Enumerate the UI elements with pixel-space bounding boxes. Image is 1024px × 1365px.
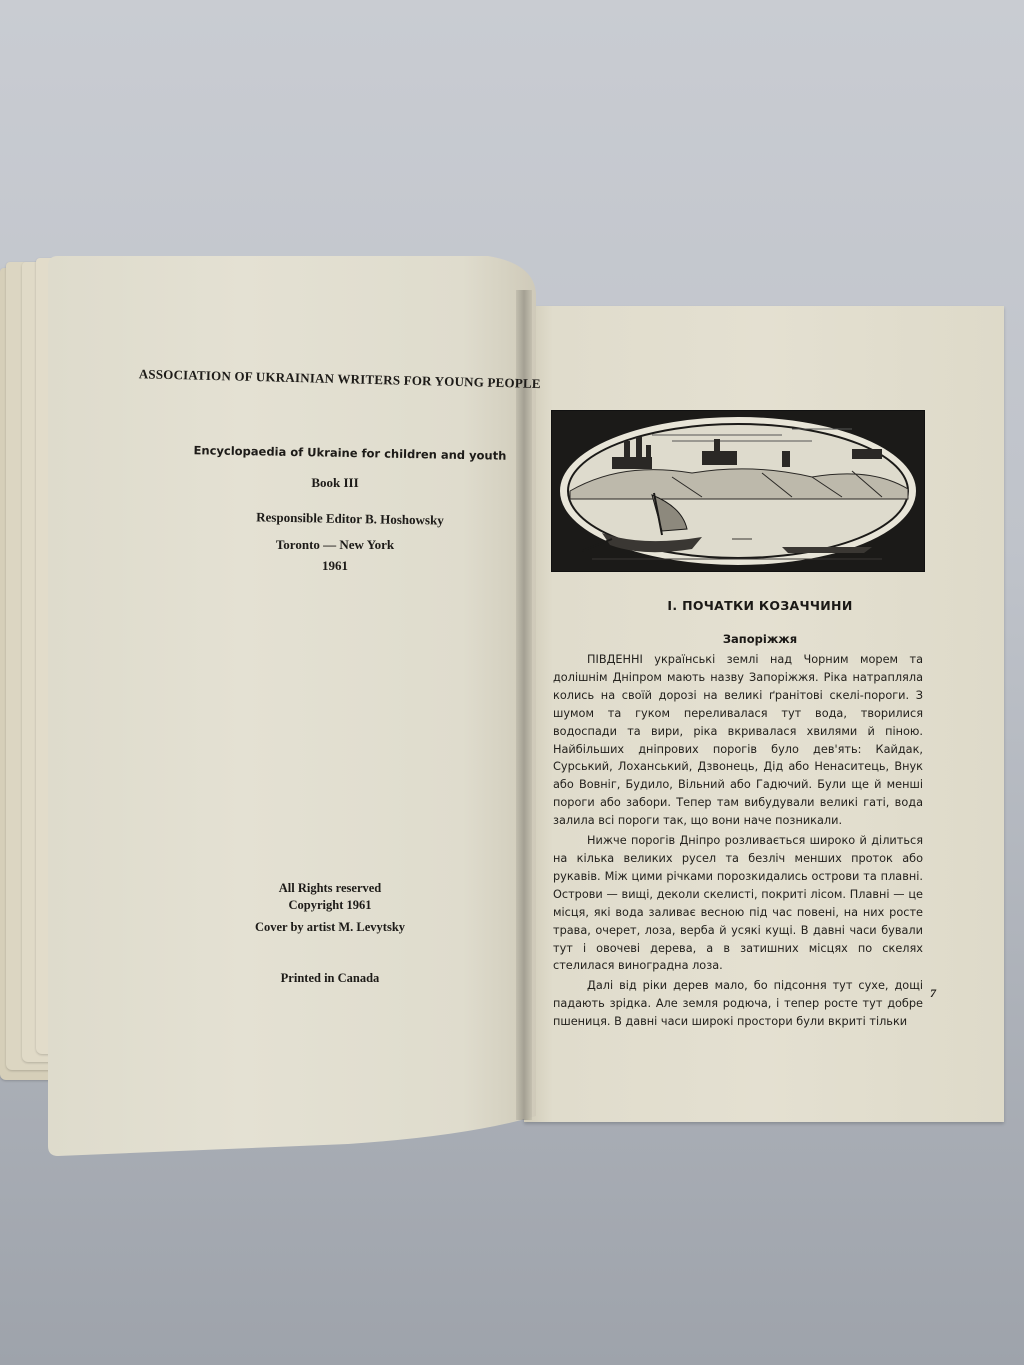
page-number: 7 [930, 986, 936, 1001]
chapter-title: I. ПОЧАТКИ КОЗАЧЧИНИ [540, 598, 980, 613]
book-gutter [516, 290, 532, 1120]
rights-reserved: All Rights reserved [230, 880, 430, 897]
rights-block: All Rights reserved Copyright 1961 [230, 880, 430, 914]
paragraph: Далі від ріки дерев мало, бо підсоння ту… [553, 977, 923, 1031]
publication-place: Toronto — New York [230, 537, 440, 553]
river-landscape-icon [552, 411, 924, 571]
paragraph: ПІВДЕННІ українські землі над Чорним мор… [553, 651, 923, 830]
cover-credit: Cover by artist M. Levytsky [230, 920, 430, 935]
publication-year: 1961 [230, 558, 440, 574]
section-title: Запоріжжя [540, 632, 980, 646]
book-number: Book III [230, 475, 440, 491]
woodcut-illustration [551, 410, 925, 572]
copyright-line: Copyright 1961 [230, 897, 430, 914]
body-text: ПІВДЕННІ українські землі над Чорним мор… [553, 651, 923, 1031]
printed-in: Printed in Canada [230, 971, 430, 986]
paragraph: Нижче порогів Дніпро розливається широко… [553, 832, 923, 975]
left-page [48, 256, 536, 1156]
